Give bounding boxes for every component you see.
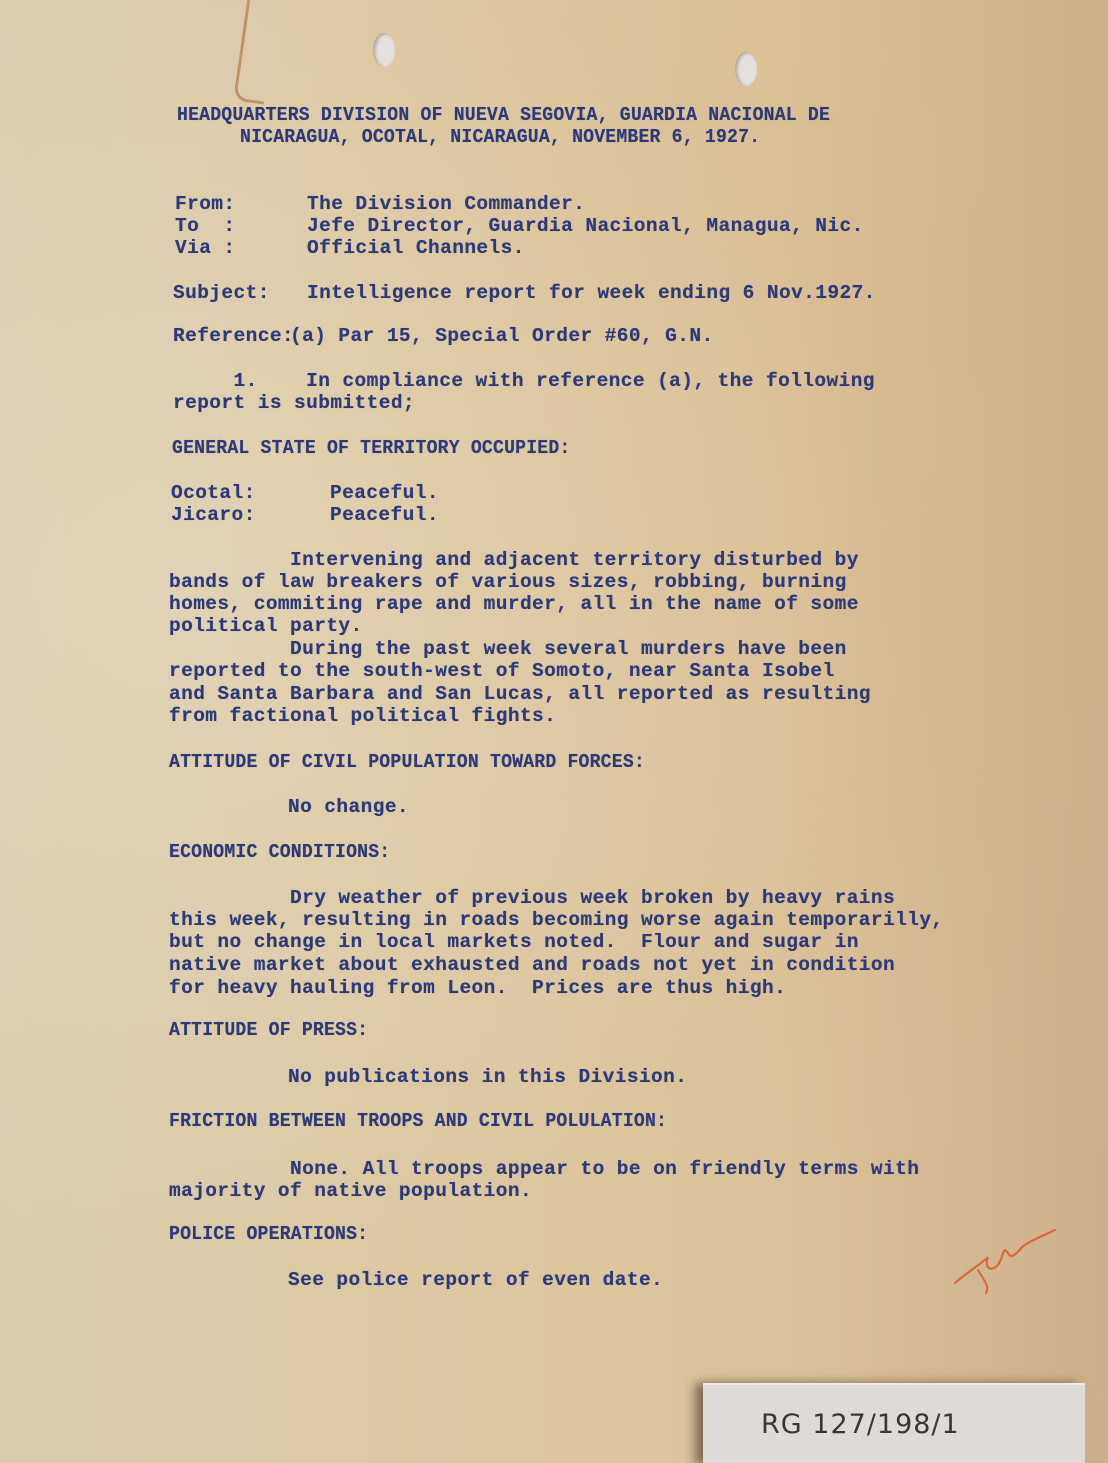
section-body: See police report of even date. [288,1269,663,1292]
place-status: Peaceful. [330,504,439,527]
paragraph-line: Dry weather of previous week broken by h… [169,887,895,910]
subject-value: Intelligence report for week ending 6 No… [307,282,876,305]
paragraph-line: reported to the south-west of Somoto, ne… [169,660,835,683]
section-heading-police: POLICE OPERATIONS: [169,1223,368,1246]
paragraph-line: majority of native population. [169,1180,532,1203]
paragraph-line: bands of law breakers of various sizes, … [169,571,847,594]
intro-line-1: 1. In compliance with reference (a), the… [173,370,875,393]
paragraph-line: for heavy hauling from Leon. Prices are … [169,977,786,1000]
paragraph-line: from factional political fights. [169,705,556,728]
via-value: Official Channels. [307,237,525,260]
paragraph-line: None. All troops appear to be on friendl… [169,1158,919,1181]
paragraph-line: and Santa Barbara and San Lucas, all rep… [169,683,871,706]
punch-hole-left [373,33,395,67]
from-value: The Division Commander. [307,193,585,216]
section-heading-civil-attitude: ATTITUDE OF CIVIL POPULATION TOWARD FORC… [169,751,645,774]
intro-line-2: report is submitted; [173,392,415,415]
section-heading-friction: FRICTION BETWEEN TROOPS AND CIVIL POLULA… [169,1110,667,1133]
paragraph-line: political party. [169,615,363,638]
to-value: Jefe Director, Guardia Nacional, Managua… [307,215,864,238]
letterhead-line-2: NICARAGUA, OCOTAL, NICARAGUA, NOVEMBER 6… [240,126,760,149]
paragraph-line: native market about exhausted and roads … [169,954,895,977]
reference-label: Reference: [173,325,294,348]
paragraph-line: During the past week several murders hav… [169,638,847,661]
paragraph-line: homes, commiting rape and murder, all in… [169,593,859,616]
paragraph-line: this week, resulting in roads becoming w… [169,909,944,932]
place-name: Jicaro: [171,504,256,527]
reference-value: (a) Par 15, Special Order #60, G.N. [290,325,714,348]
section-heading-press: ATTITUDE OF PRESS: [169,1019,368,1042]
section-heading-general-state: GENERAL STATE OF TERRITORY OCCUPIED: [172,437,570,460]
section-body: No publications in this Division. [288,1066,687,1089]
document-page: HEADQUARTERS DIVISION OF NUEVA SEGOVIA, … [0,0,1108,1463]
rust-stain [233,0,278,105]
archive-label-card: RG 127/198/1 [703,1383,1085,1463]
via-label: Via : [175,237,236,260]
subject-label: Subject: [173,282,270,305]
signature-mark [950,1225,1060,1295]
punch-hole-right [735,52,757,86]
to-label: To : [175,215,236,238]
section-body: No change. [288,796,409,819]
place-name: Ocotal: [171,482,256,505]
archive-reference: RG 127/198/1 [761,1409,960,1440]
section-heading-economic: ECONOMIC CONDITIONS: [169,841,390,864]
paragraph-line: but no change in local markets noted. Fl… [169,931,859,954]
place-status: Peaceful. [330,482,439,505]
paragraph-line: Intervening and adjacent territory distu… [169,549,859,572]
from-label: From: [175,193,236,216]
letterhead-line-1: HEADQUARTERS DIVISION OF NUEVA SEGOVIA, … [177,104,830,127]
